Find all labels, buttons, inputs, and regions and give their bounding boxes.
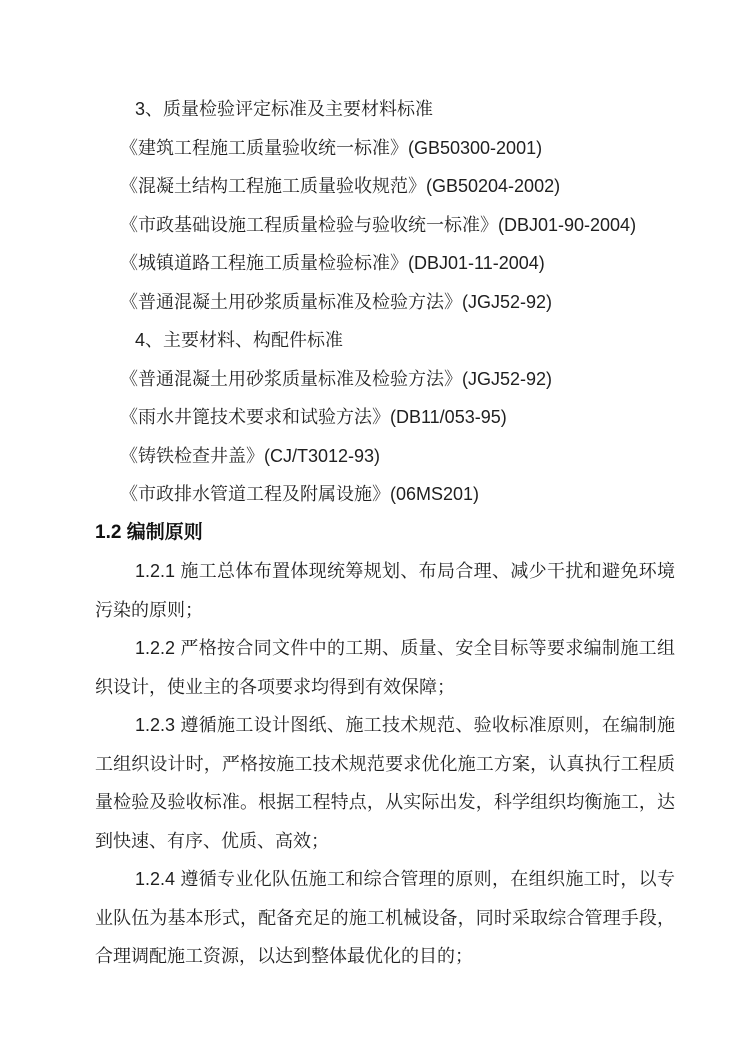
standard-reference: 《普通混凝土用砂浆质量标准及检验方法》(JGJ52-92) [95, 283, 675, 322]
standard-reference: 《混凝土结构工程施工质量验收规范》(GB50204-2002) [95, 167, 675, 206]
standard-reference: 《铸铁检查井盖》(CJ/T3012-93) [95, 437, 675, 476]
standard-reference: 《普通混凝土用砂浆质量标准及检验方法》(JGJ52-92) [95, 360, 675, 399]
standards-list-item-3: 3、质量检验评定标准及主要材料标准 [95, 90, 675, 129]
standards-list-item-4: 4、主要材料、构配件标准 [95, 321, 675, 360]
paragraph-1-2-4: 1.2.4 遵循专业化队伍施工和综合管理的原则，在组织施工时，以专业队伍为基本形… [95, 860, 675, 976]
paragraph-1-2-1: 1.2.1 施工总体布置体现统筹规划、布局合理、减少干扰和避免环境污染的原则； [95, 552, 675, 629]
standard-reference: 《市政基础设施工程质量检验与验收统一标准》(DBJ01-90-2004) [95, 206, 675, 245]
section-heading-1-2: 1.2 编制原则 [95, 514, 675, 553]
paragraph-1-2-3: 1.2.3 遵循施工设计图纸、施工技术规范、验收标准原则，在编制施工组织设计时，… [95, 706, 675, 860]
document-content: 3、质量检验评定标准及主要材料标准 《建筑工程施工质量验收统一标准》(GB503… [95, 90, 675, 976]
standard-reference: 《雨水井篦技术要求和试验方法》(DB11/053-95) [95, 398, 675, 437]
standard-reference: 《建筑工程施工质量验收统一标准》(GB50300-2001) [95, 129, 675, 168]
paragraph-1-2-2: 1.2.2 严格按合同文件中的工期、质量、安全目标等要求编制施工组织设计，使业主… [95, 629, 675, 706]
document-page: 3、质量检验评定标准及主要材料标准 《建筑工程施工质量验收统一标准》(GB503… [0, 0, 744, 1052]
standard-reference: 《市政排水管道工程及附属设施》(06MS201) [95, 475, 675, 514]
standard-reference: 《城镇道路工程施工质量检验标准》(DBJ01-11-2004) [95, 244, 675, 283]
